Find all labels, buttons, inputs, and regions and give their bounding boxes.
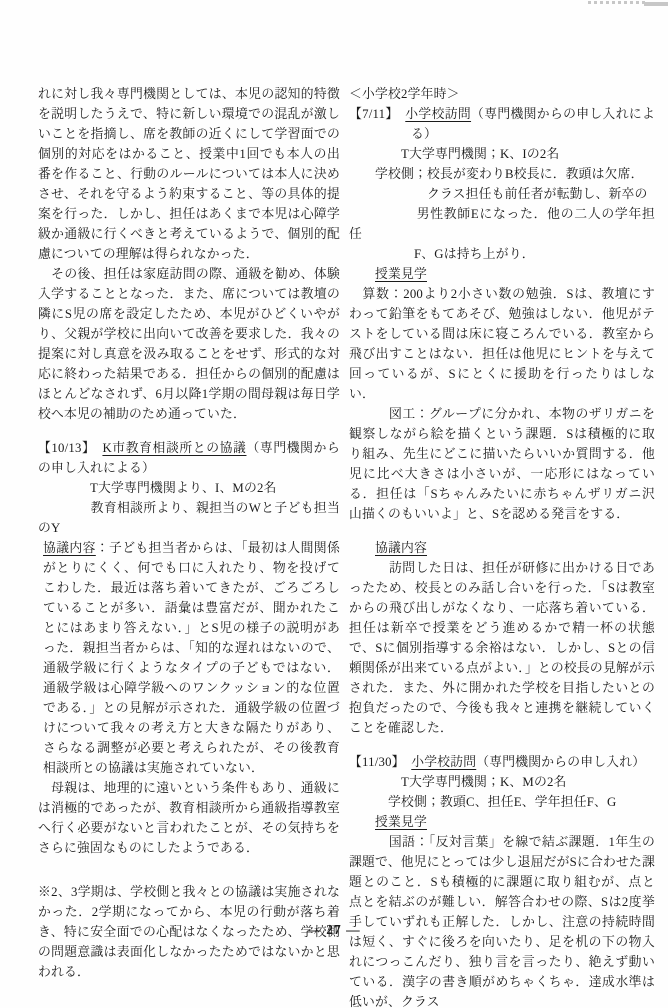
section-title-underlined: 小学校訪問	[405, 107, 471, 121]
attendee-line-university: T大学専門機関；K、Mの2名	[349, 772, 655, 792]
paragraph-mother: 母親は、地理的に遠いという条件もあり、通級には消極的であったが、教育相談所から通…	[38, 778, 340, 858]
right-column: ＜小学校2学年時＞ 【7/11】 小学校訪問（専門機関からの申し入れによる） T…	[349, 84, 655, 1008]
class-observation-label-underlined: 授業見学	[375, 267, 427, 281]
attendee-line-counseling-center: 教育相談所より、親担当のWと子ども担当のY	[38, 498, 340, 538]
section-title-suffix: （専門機関からの申し入れ）	[476, 755, 645, 769]
attendee-line-university: T大学専門機関より、I、Mの2名	[38, 478, 340, 498]
paragraph-arithmetic-class: 算数：200より2小さい数の勉強．Sは、教壇にすわって鉛筆をもてあそび、勉強はし…	[349, 284, 655, 404]
attendee-line-school: 学校側；教頭C、担任E、学年担任F、G	[349, 792, 655, 812]
section-heading-10-13: 【10/13】 K市教育相談所との協議（専門機関からの申し入れによる）	[38, 438, 340, 478]
section-date-label: 【11/30】	[349, 755, 411, 769]
subheading-discussion-content: 協議内容	[349, 538, 655, 558]
section-title-underlined: K市教育相談所との協議	[102, 441, 246, 455]
section-date-label: 【10/13】	[38, 441, 102, 455]
paragraph-art-class: 図工：グループに分かれ、本物のザリガニを観察しながら絵を描くという課題．Sは積極…	[349, 404, 655, 524]
school-side-line-1: 学校側；校長が変わりB校長に．教頭は欠席．	[349, 164, 655, 184]
paragraph-visit-discussion: 訪問した日は、担任が研修に出かける日であったため、校長とのみ話し合いを行った．「…	[349, 558, 655, 738]
grade-header-2nd-year: ＜小学校2学年時＞	[349, 84, 655, 104]
discussion-content-text: ：子ども担当者からは、「最初は人間関係がとりにくく、何でも口に入れたり、物を投げ…	[43, 541, 340, 775]
school-side-line-3: 男性教師Eになった．他の二人の学年担任	[349, 204, 655, 244]
paragraph-japanese-class: 国語：「反対言葉」を線で結ぶ課題．1年生の課題で、他児にとっては少し退屈だがSに…	[349, 832, 655, 1008]
discussion-content-label-underlined: 協議内容	[43, 541, 96, 555]
discussion-content-label-underlined: 協議内容	[375, 541, 427, 555]
scan-artifact-dashes	[588, 1, 646, 4]
school-side-line-2: クラス担任も前任者が転勤し、新卒の	[349, 184, 655, 204]
section-date-label: 【7/11】	[349, 107, 405, 121]
paragraph-continued-from-previous-page: れに対し我々専門機関としては、本児の認知的特徴を説明したうえで、特に新しい環境で…	[38, 84, 340, 264]
section-heading-7-11: 【7/11】 小学校訪問（専門機関からの申し入れによる）	[349, 104, 655, 144]
scan-artifact-bar	[644, 2, 668, 6]
paragraph-after-home-visit: その後、担任は家庭訪問の際、通級を勧め、体験入学することとなった．また、席につい…	[38, 264, 340, 424]
school-side-line-4: F、Gは持ち上がり．	[349, 244, 655, 264]
page-number: — 27 —	[0, 922, 668, 938]
section-heading-11-30: 【11/30】 小学校訪問（専門機関からの申し入れ）	[349, 752, 655, 772]
scanned-document-page: れに対し我々専門機関としては、本児の認知的特徴を説明したうえで、特に新しい環境で…	[0, 0, 668, 1008]
paragraph-discussion-content: 協議内容：子ども担当者からは、「最初は人間関係がとりにくく、何でも口に入れたり、…	[38, 538, 340, 778]
left-column: れに対し我々専門機関としては、本児の認知的特徴を説明したうえで、特に新しい環境で…	[38, 84, 340, 982]
subheading-class-observation-1: 授業見学	[349, 264, 655, 284]
class-observation-label-underlined: 授業見学	[375, 815, 427, 829]
section-title-underlined: 小学校訪問	[411, 755, 476, 769]
subheading-class-observation-2: 授業見学	[349, 812, 655, 832]
attendee-line-university: T大学専門機関；K、Iの2名	[349, 144, 655, 164]
